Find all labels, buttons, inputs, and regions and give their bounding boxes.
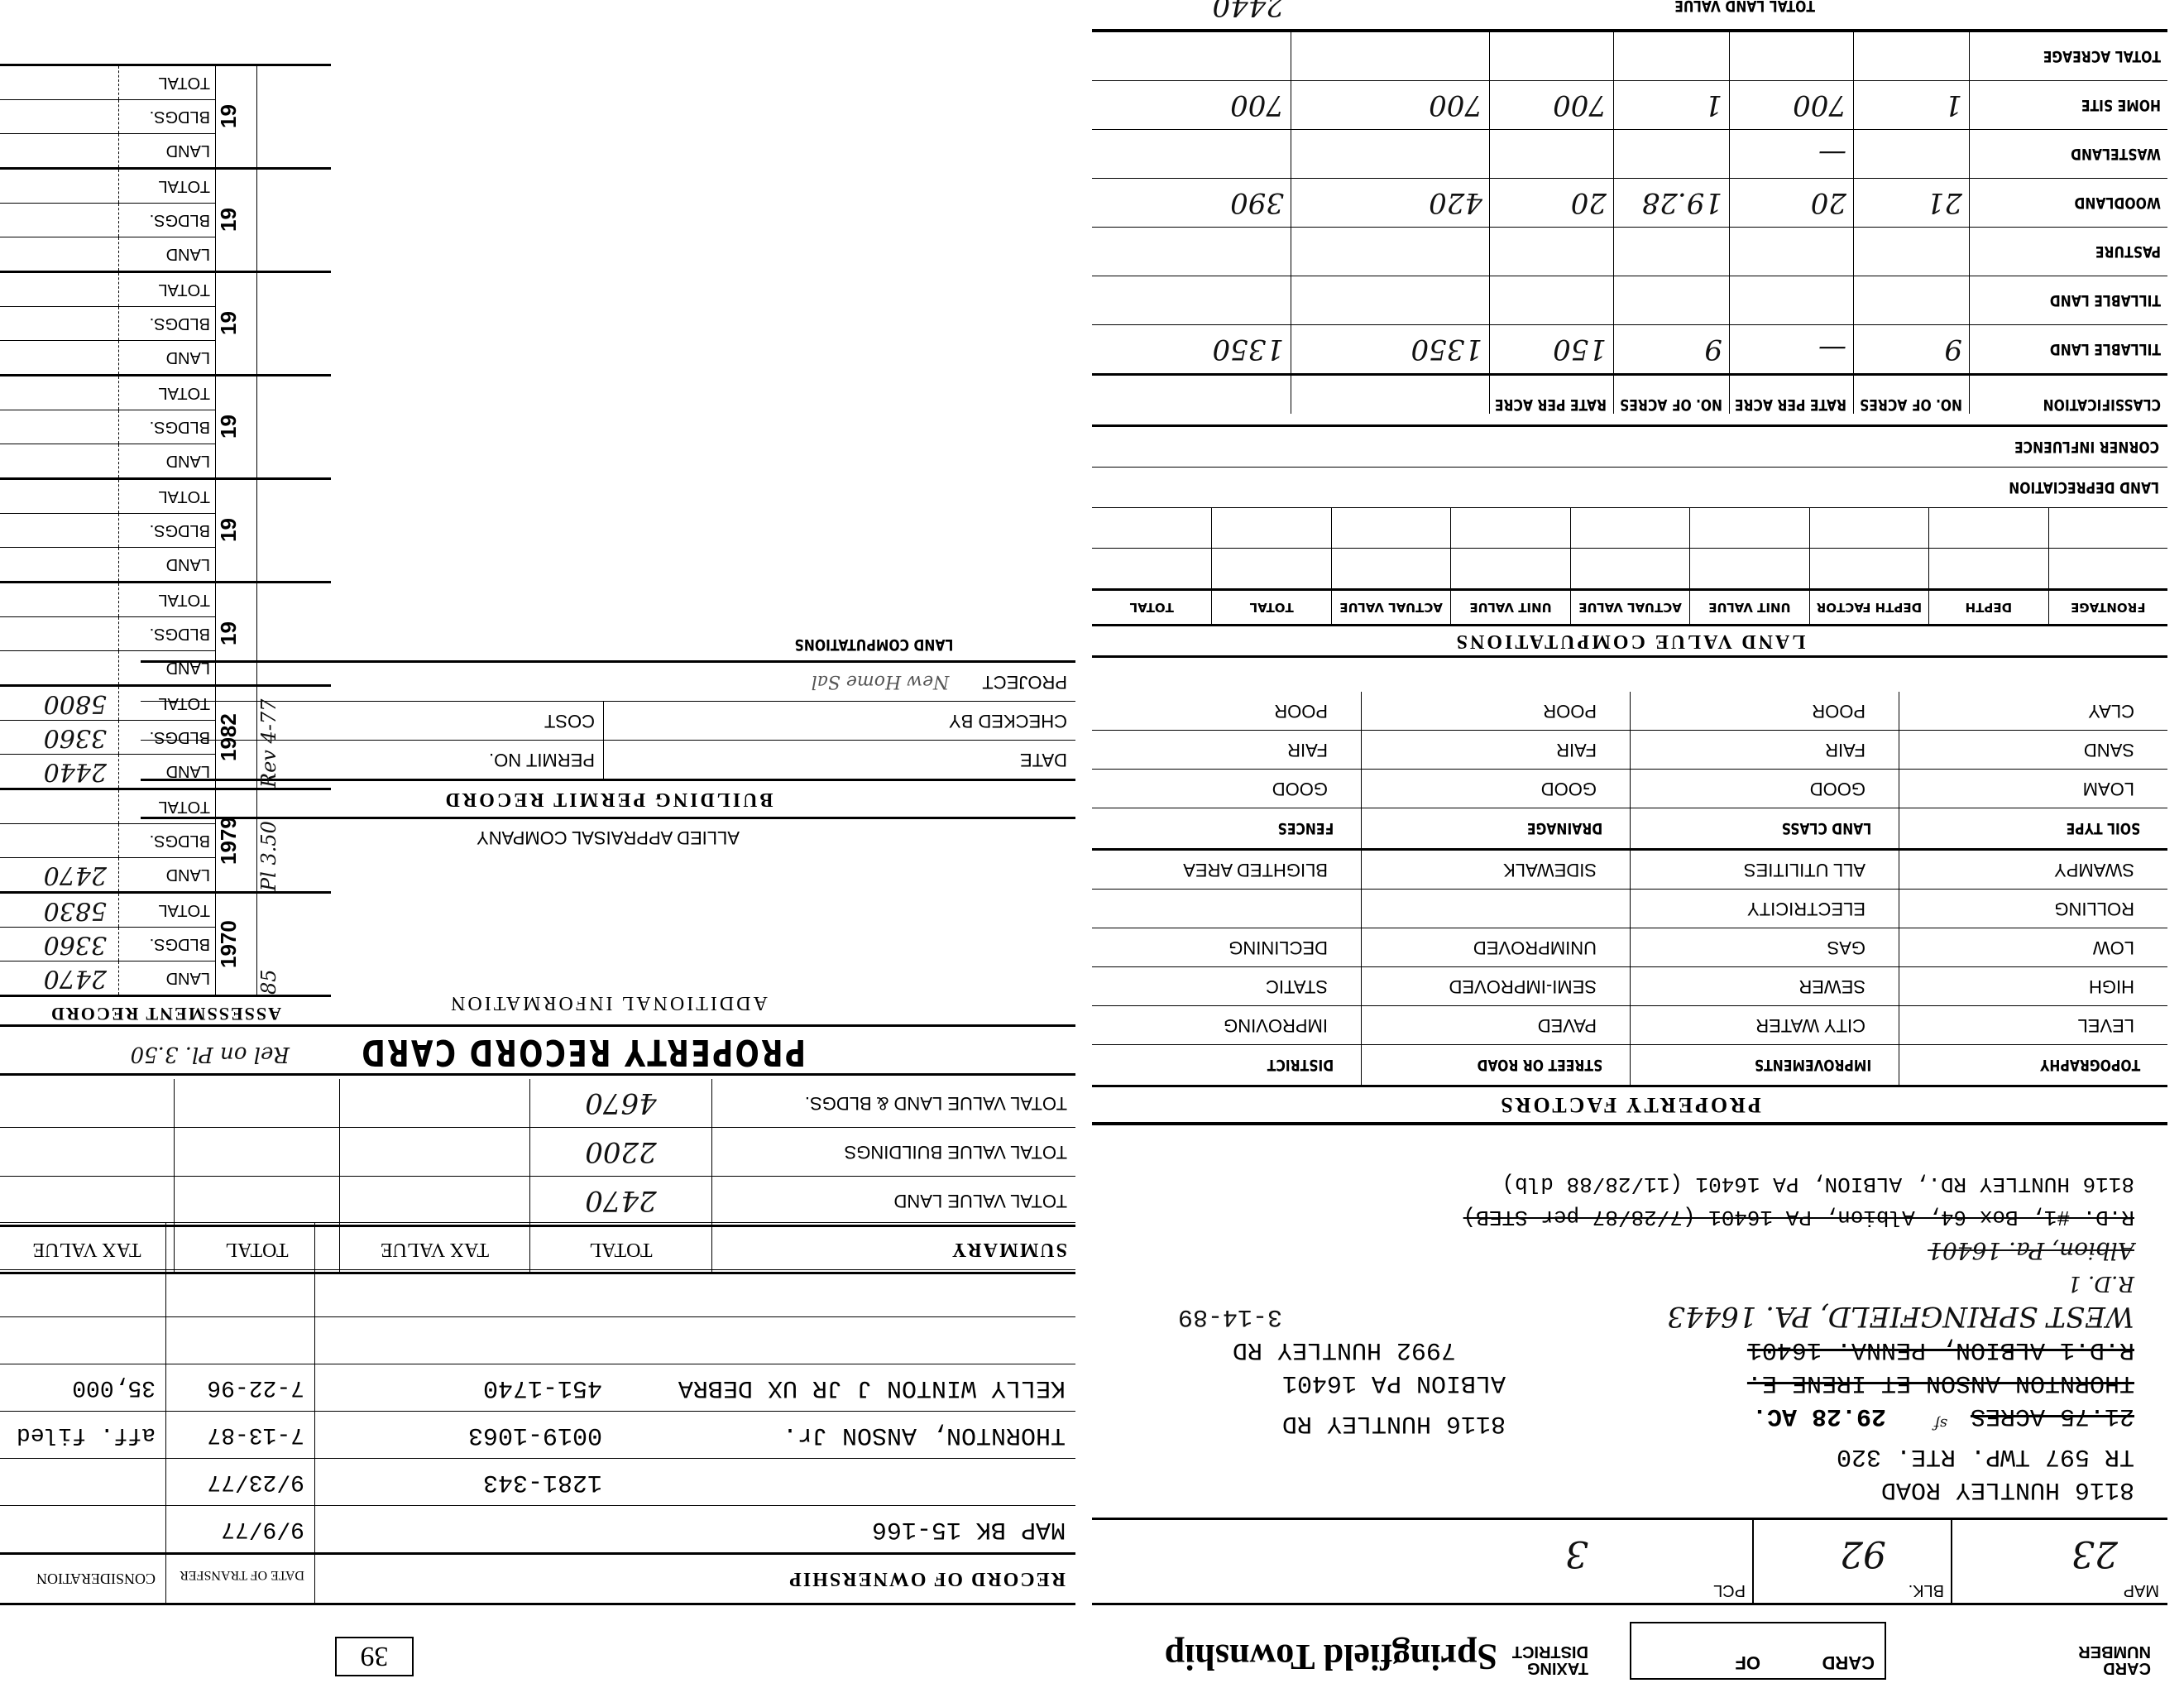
factor-item[interactable]: ALL UTILITIES bbox=[1631, 851, 1899, 890]
pcl-label: PCL bbox=[1713, 1580, 1746, 1599]
land-depreciation-row[interactable]: LAND DEPRECIATION bbox=[1092, 467, 2167, 507]
acreage-cell[interactable] bbox=[1291, 228, 1489, 276]
value-cell: 390 bbox=[1230, 186, 1284, 219]
assessment-note bbox=[256, 376, 331, 477]
grade-item[interactable]: SAND bbox=[1899, 731, 2167, 770]
summary-row: TOTAL VALUE LAND & BLDGS. 4670 bbox=[0, 1079, 1075, 1127]
ownership-table: RECORD OF OWNERSHIP DATE OF TRANSFER CON… bbox=[0, 1222, 1075, 1605]
acreage-cell[interactable] bbox=[1613, 32, 1729, 80]
taxing-district-label: TAXING DISTRICT bbox=[1497, 1643, 1588, 1676]
page-number: 39 bbox=[361, 1641, 389, 1671]
acreage-cell[interactable] bbox=[1489, 32, 1613, 80]
assessment-line-label: TOTAL bbox=[118, 170, 215, 203]
acreage-cell[interactable] bbox=[1092, 276, 1291, 324]
ownership-header-row: RECORD OF OWNERSHIP DATE OF TRANSFER CON… bbox=[0, 1552, 1075, 1605]
lvc-header: TOTAL bbox=[1092, 591, 1211, 624]
assessment-line-land[interactable]: LAND2470 bbox=[0, 857, 215, 891]
value-cell: 1350 bbox=[1212, 333, 1284, 366]
acreage-row: TOTAL ACREAGE bbox=[1092, 31, 2167, 80]
grade-item[interactable]: POOR bbox=[1362, 692, 1630, 731]
owner-cell[interactable]: KELLY WINTON J JR UX DEBRA451-1740 bbox=[314, 1364, 1075, 1411]
grade-header: SOIL TYPE bbox=[2067, 808, 2167, 848]
deed-book-page: 1281-343 bbox=[483, 1468, 602, 1496]
mailing-date: 3-14-89 bbox=[1178, 1300, 1282, 1333]
acreage-cell[interactable]: 1 bbox=[1853, 81, 1969, 129]
grade-col-fences: FENCES GOOD FAIR POOR bbox=[1092, 692, 1361, 848]
assessment-line-land[interactable]: LAND bbox=[0, 237, 215, 271]
assessment-line-total[interactable]: TOTAL bbox=[0, 376, 215, 410]
acreage-cell[interactable]: 9 bbox=[1613, 325, 1729, 373]
acreage-cell[interactable]: 20 bbox=[1729, 179, 1853, 227]
ownership-title: RECORD OF OWNERSHIP bbox=[314, 1555, 1075, 1603]
assessment-year-block: 19LANDBLDGS.TOTAL bbox=[0, 581, 331, 684]
classification-label: HOME SITE bbox=[2081, 81, 2161, 129]
struck-owner: THORNTON ANSON ET IRENE E. bbox=[1747, 1369, 2134, 1397]
assessment-year-block: Pl 3.501979LAND2470BLDGS.TOTAL bbox=[0, 788, 331, 891]
consideration-value[interactable]: 35,000 bbox=[0, 1364, 165, 1411]
date-of-transfer-header: DATE OF TRANSFER bbox=[165, 1555, 314, 1603]
ownership-row: 1281-3439/23/77 bbox=[0, 1458, 1075, 1505]
owner-name: KELLY WINTON J JR UX DEBRA bbox=[602, 1374, 1066, 1402]
value-cell: 700 bbox=[1429, 89, 1482, 122]
value-cell: 1350 bbox=[1410, 333, 1482, 366]
factor-item[interactable]: ROLLING bbox=[1899, 890, 2167, 928]
assessment-value: 3360 bbox=[0, 721, 118, 754]
ownership-row: THORNTON, ANSON Jr.0019-10637-13-87aff. … bbox=[0, 1411, 1075, 1458]
assessment-value: 2470 bbox=[0, 961, 118, 995]
owner-cell[interactable]: MAP BK 15-166 bbox=[314, 1506, 1075, 1552]
assessment-line-land[interactable]: LAND bbox=[0, 444, 215, 477]
rate-value: 20 bbox=[1811, 186, 1846, 219]
assessment-line-land[interactable]: LAND bbox=[0, 133, 215, 167]
acreage-cell[interactable]: 1350 bbox=[1291, 325, 1489, 373]
pcl-value: 3 bbox=[1565, 1532, 1588, 1575]
transfer-date[interactable] bbox=[165, 1270, 314, 1316]
assessment-line-land[interactable]: LAND bbox=[0, 650, 215, 684]
map-cell: MAP 23 bbox=[1951, 1520, 2167, 1603]
factor-item[interactable]: HIGH bbox=[1899, 967, 2167, 1006]
acreage-cell[interactable]: 19.28 bbox=[1613, 179, 1729, 227]
assessment-line-label: TOTAL bbox=[118, 376, 215, 410]
grade-item[interactable]: GOOD bbox=[1362, 770, 1630, 808]
value-cell: 700 bbox=[1230, 89, 1284, 122]
factor-col-street: STREET OR ROAD PAVED SEMI-IMPROVED UNIMP… bbox=[1361, 851, 1630, 1085]
acreage-cell[interactable] bbox=[1489, 276, 1613, 324]
assessment-line-label: LAND bbox=[118, 444, 215, 477]
assessment-value: 2470 bbox=[0, 858, 118, 891]
factor-item[interactable]: CITY WATER bbox=[1631, 1006, 1899, 1045]
acreage-cell[interactable] bbox=[1291, 32, 1489, 80]
acreage-row: PASTURE bbox=[1092, 227, 2167, 276]
total-land-value: 2440 bbox=[1092, 0, 1291, 29]
acreage-cell[interactable]: TOTAL ACREAGE bbox=[1969, 32, 2167, 80]
assessment-value bbox=[0, 307, 118, 340]
transfer-date[interactable]: 7-13-87 bbox=[165, 1412, 314, 1458]
lvc-row[interactable] bbox=[1092, 548, 2167, 588]
factor-item[interactable]: SEMI-IMPROVED bbox=[1362, 967, 1630, 1006]
lvc-header-row: FRONTAGE DEPTH DEPTH FACTOR UNIT VALUE A… bbox=[1092, 588, 2167, 624]
assessment-year-block: Rev 4-771982LAND2440BLDGS.3360TOTAL5800 bbox=[0, 684, 331, 788]
factor-item[interactable] bbox=[1092, 890, 1361, 928]
assessment-note bbox=[256, 66, 331, 167]
land-computations-label: LAND COMPUTATIONS bbox=[795, 635, 1075, 660]
assessment-note bbox=[256, 583, 331, 684]
transfer-date[interactable]: 9/9/77 bbox=[165, 1506, 314, 1552]
checked-by-field[interactable]: CHECKED BY bbox=[603, 702, 1075, 740]
assessment-value bbox=[0, 170, 118, 203]
assessment-line-label: LAND bbox=[118, 134, 215, 167]
assessment-value bbox=[0, 66, 118, 99]
acreage-cell[interactable] bbox=[1729, 32, 1853, 80]
assessment-line-land[interactable]: LAND bbox=[0, 547, 215, 581]
ownership-row: MAP BK 15-1669/9/77 bbox=[0, 1505, 1075, 1552]
assessment-line-total[interactable]: TOTAL bbox=[0, 480, 215, 513]
acreage-cell[interactable] bbox=[1092, 228, 1291, 276]
value-cell: 420 bbox=[1429, 186, 1482, 219]
assessment-value bbox=[0, 410, 118, 444]
lvc-header: UNIT VALUE bbox=[1450, 591, 1569, 624]
card-number-label: CARD NUMBER bbox=[2052, 1643, 2151, 1676]
summary-row: TOTAL VALUE LAND 2470 bbox=[0, 1176, 1075, 1225]
mailing-line-2: ALBION PA 16401 bbox=[1282, 1366, 1506, 1399]
owner-cell[interactable]: 1281-343 bbox=[314, 1459, 1075, 1505]
assessment-note: Pl 3.50 bbox=[256, 790, 331, 891]
acreage-row: TILLABLE LAND bbox=[1092, 276, 2167, 324]
classification-label: TILLABLE LAND bbox=[2050, 276, 2161, 324]
taxing-district-value: Springfield Township bbox=[1165, 1636, 1497, 1678]
assessment-value bbox=[0, 824, 118, 857]
acreage-cell[interactable] bbox=[1291, 276, 1489, 324]
assessment-line-label: BLDGS. bbox=[118, 307, 215, 340]
assessment-line-label: LAND bbox=[118, 651, 215, 684]
assessment-line-land[interactable]: LAND2440 bbox=[0, 754, 215, 788]
owner-cell[interactable] bbox=[314, 1270, 1075, 1316]
assessment-value bbox=[0, 376, 118, 410]
grade-item[interactable]: CLAY bbox=[1899, 692, 2167, 731]
assessment-year: 19 bbox=[215, 66, 256, 167]
assessment-value: 3360 bbox=[0, 928, 118, 961]
acreage-cell[interactable] bbox=[1853, 130, 1969, 178]
assessment-year-block: 19LANDBLDGS.TOTAL bbox=[0, 374, 331, 477]
owner-name: MAP BK 15-166 bbox=[602, 1515, 1066, 1543]
acreage-row: HOME SITE17001700700700 bbox=[1092, 80, 2167, 129]
acreage-cell[interactable] bbox=[1729, 276, 1853, 324]
assessment-year-block: 19LANDBLDGS.TOTAL bbox=[0, 64, 331, 167]
assessment-line-bldgs[interactable]: BLDGS. bbox=[0, 306, 215, 340]
assessment-line-total[interactable]: TOTAL bbox=[0, 583, 215, 616]
assessment-line-total[interactable]: TOTAL5830 bbox=[0, 894, 215, 927]
acres-value: 29.28 AC. bbox=[1752, 1402, 1886, 1430]
factor-col-improvements: IMPROVEMENTS CITY WATER SEWER GAS ELECTR… bbox=[1630, 851, 1899, 1085]
assessment-line-total[interactable]: TOTAL bbox=[0, 790, 215, 823]
acreage-cell[interactable] bbox=[1853, 276, 1969, 324]
assessment-record: ASSESSMENT RECORD 851970LAND2470BLDGS.33… bbox=[0, 64, 331, 1030]
assessment-line-label: TOTAL bbox=[118, 66, 215, 99]
assessment-line-total[interactable]: TOTAL bbox=[0, 273, 215, 306]
acres-value: 21 bbox=[1927, 186, 1962, 219]
acreage-cell[interactable]: 1 bbox=[1613, 81, 1729, 129]
lvc-header: FRONTAGE bbox=[2048, 591, 2167, 624]
consideration-value[interactable]: aff. filed bbox=[0, 1412, 165, 1458]
assessment-line-bldgs[interactable]: BLDGS. bbox=[0, 823, 215, 857]
blk-label: BLK. bbox=[1909, 1580, 1944, 1599]
assessment-value bbox=[0, 617, 118, 650]
grade-header: FENCES bbox=[1278, 808, 1361, 848]
title-banner: PROPERTY RECORD CARD Rel on Pl. 3.50 bbox=[0, 1024, 1075, 1076]
acreage-cell[interactable]: WOODLAND bbox=[1969, 179, 2167, 227]
transfer-date[interactable] bbox=[165, 1317, 314, 1364]
acreage-cell[interactable]: 390 bbox=[1092, 179, 1291, 227]
assessment-value bbox=[0, 480, 118, 513]
assessment-year-block: 19LANDBLDGS.TOTAL bbox=[0, 477, 331, 581]
acreage-cell[interactable]: WASTELAND bbox=[1969, 130, 2167, 178]
assessment-line-total[interactable]: TOTAL bbox=[0, 66, 215, 99]
card-number-area: CARD NUMBER CARD OF TAXING DISTRICT Spri… bbox=[1117, 1642, 2151, 1676]
grade-col-soil: SOIL TYPE LOAM SAND CLAY bbox=[1899, 692, 2167, 848]
factor-item[interactable]: GAS bbox=[1631, 928, 1899, 967]
factor-header: STREET OR ROAD bbox=[1478, 1045, 1630, 1085]
lvc-header: ACTUAL VALUE bbox=[1331, 591, 1450, 624]
card-of-mid-label: OF bbox=[1735, 1652, 1760, 1673]
assessment-line-label: BLDGS. bbox=[118, 721, 215, 754]
assessment-value bbox=[0, 651, 118, 684]
assessment-line-bldgs[interactable]: BLDGS. bbox=[0, 410, 215, 444]
acres-value: 9 bbox=[1944, 333, 1962, 366]
assessment-value bbox=[0, 514, 118, 547]
card-title: PROPERTY RECORD CARD bbox=[360, 1031, 806, 1073]
classification-label: WOODLAND bbox=[2074, 179, 2161, 227]
acreage-cell[interactable]: PASTURE bbox=[1969, 228, 2167, 276]
acreage-cell[interactable] bbox=[1489, 228, 1613, 276]
acreage-cell[interactable]: 1350 bbox=[1092, 325, 1291, 373]
acreage-cell[interactable]: 150 bbox=[1489, 325, 1613, 373]
assessment-line-label: BLDGS. bbox=[118, 204, 215, 237]
ownership-row bbox=[0, 1222, 1075, 1269]
assessment-year-block: 19LANDBLDGS.TOTAL bbox=[0, 271, 331, 374]
assessment-line-bldgs[interactable]: BLDGS.3360 bbox=[0, 927, 215, 961]
assessment-line-label: TOTAL bbox=[118, 894, 215, 927]
total-land-value-label: TOTAL LAND VALUE bbox=[1674, 0, 1815, 29]
lvc-row[interactable] bbox=[1092, 507, 2167, 548]
acreage-cell[interactable] bbox=[1489, 130, 1613, 178]
blk-cell: BLK. 92 bbox=[1752, 1520, 1952, 1603]
assessment-line-label: TOTAL bbox=[118, 480, 215, 513]
assessment-note bbox=[256, 273, 331, 374]
assessment-line-bldgs[interactable]: BLDGS. bbox=[0, 616, 215, 650]
factor-item[interactable]: ELECTRICITY bbox=[1631, 890, 1899, 928]
assessment-line-label: TOTAL bbox=[118, 790, 215, 823]
assessment-line-label: LAND bbox=[118, 237, 215, 271]
acreage-cell[interactable] bbox=[1092, 32, 1291, 80]
mailing-line-1: 8116 HUNTLEY RD bbox=[1282, 1407, 1506, 1440]
factor-item[interactable]: LEVEL bbox=[1899, 1006, 2167, 1045]
assessment-value bbox=[0, 100, 118, 133]
assessment-line-bldgs[interactable]: BLDGS. bbox=[0, 99, 215, 133]
acreage-row: WOODLAND212019.2820420390 bbox=[1092, 178, 2167, 227]
assessment-line-label: BLDGS. bbox=[118, 928, 215, 961]
consideration-value[interactable] bbox=[0, 1317, 165, 1364]
acreage-cell[interactable]: 9 bbox=[1853, 325, 1969, 373]
grade-item[interactable]: GOOD bbox=[1092, 770, 1361, 808]
factor-col-topography: TOPOGRAPHY LEVEL HIGH LOW ROLLING SWAMPY bbox=[1899, 851, 2167, 1085]
acreage-cell[interactable]: 700 bbox=[1291, 81, 1489, 129]
assessment-line-land[interactable]: LAND bbox=[0, 340, 215, 374]
assessment-line-label: LAND bbox=[118, 548, 215, 581]
assessment-line-total[interactable]: TOTAL bbox=[0, 170, 215, 203]
land-value-computations: LAND VALUE COMPUTATIONS FRONTAGE DEPTH D… bbox=[1092, 424, 2167, 658]
acreage-cell[interactable] bbox=[1613, 276, 1729, 324]
rate-value: 20 bbox=[1571, 186, 1607, 219]
assessment-year: 19 bbox=[215, 480, 256, 581]
classification-label: WASTELAND bbox=[2071, 130, 2161, 178]
assessment-line-bldgs[interactable]: BLDGS. bbox=[0, 513, 215, 547]
property-factors-title: PROPERTY FACTORS bbox=[1092, 1085, 2167, 1122]
acres-value: 9 bbox=[1704, 333, 1722, 366]
grade-header: DRAINAGE bbox=[1527, 808, 1630, 848]
consideration-value[interactable] bbox=[0, 1270, 165, 1316]
transfer-date[interactable]: 9/23/77 bbox=[165, 1459, 314, 1505]
grade-item[interactable]: GOOD bbox=[1631, 770, 1899, 808]
consideration-value[interactable] bbox=[0, 1506, 165, 1552]
grade-item[interactable]: POOR bbox=[1631, 692, 1899, 731]
owner-cell[interactable]: THORNTON, ANSON Jr.0019-1063 bbox=[314, 1412, 1075, 1458]
assessment-value: 2440 bbox=[0, 755, 118, 788]
owner-cell[interactable] bbox=[314, 1317, 1075, 1364]
corner-influence-row[interactable]: CORNER INFLUENCE bbox=[1092, 424, 2167, 467]
factor-item[interactable]: IMPROVING bbox=[1092, 1006, 1361, 1045]
assessment-line-label: BLDGS. bbox=[118, 824, 215, 857]
deed-book-page: 451-1740 bbox=[483, 1374, 602, 1402]
ownership-row bbox=[0, 1316, 1075, 1364]
address-line: TR 597 TWP. RTE. 320 bbox=[1100, 1440, 2134, 1473]
acreage-cell[interactable] bbox=[1613, 228, 1729, 276]
current-address: 8116 HUNTLEY RD., ALBION, PA 16401 (11/2… bbox=[1100, 1168, 2134, 1201]
mailing-line-3: 7992 HUNTLEY RD bbox=[1233, 1333, 1456, 1366]
property-factors-section: PROPERTY FACTORS TOPOGRAPHY LEVEL HIGH L… bbox=[1092, 692, 2167, 1125]
classification-label: TILLABLE LAND bbox=[2050, 325, 2161, 373]
assessment-line-bldgs[interactable]: BLDGS. bbox=[0, 203, 215, 237]
acreage-cell[interactable]: 420 bbox=[1291, 179, 1489, 227]
classification-label: PASTURE bbox=[2095, 228, 2161, 276]
acreage-cell[interactable]: TILLABLE LAND bbox=[1969, 276, 2167, 324]
assessment-year: 19 bbox=[215, 583, 256, 684]
grade-item[interactable]: LOAM bbox=[1899, 770, 2167, 808]
assessment-year: 1970 bbox=[215, 894, 256, 995]
factor-item[interactable] bbox=[1362, 890, 1630, 928]
acreage-cell[interactable]: 20 bbox=[1489, 179, 1613, 227]
assessment-line-land[interactable]: LAND2470 bbox=[0, 961, 215, 995]
assessment-note bbox=[256, 170, 331, 271]
factor-item[interactable]: DECLINING bbox=[1092, 928, 1361, 967]
grade-item[interactable]: FAIR bbox=[1092, 731, 1361, 770]
acres-value: 1 bbox=[1704, 89, 1722, 122]
factor-item[interactable]: SEWER bbox=[1631, 967, 1899, 1006]
acreage-cell[interactable]: 21 bbox=[1853, 179, 1969, 227]
rate-value: 150 bbox=[1553, 333, 1607, 366]
factor-header: DISTRICT bbox=[1267, 1045, 1361, 1085]
land-depreciation-label: LAND DEPRECIATION bbox=[2009, 468, 2159, 507]
grade-item[interactable]: POOR bbox=[1092, 692, 1361, 731]
factor-item[interactable]: PAVED bbox=[1362, 1006, 1630, 1045]
assessment-line-total[interactable]: TOTAL5800 bbox=[0, 687, 215, 720]
assessment-value bbox=[0, 548, 118, 581]
rate-value: 700 bbox=[1793, 89, 1846, 122]
property-record-card: CARD NUMBER CARD OF TAXING DISTRICT Spri… bbox=[0, 0, 2184, 1688]
acreage-cell[interactable]: — bbox=[1729, 325, 1853, 373]
title-note: Rel on Pl. 3.50 bbox=[131, 1042, 290, 1067]
acreage-cell[interactable] bbox=[1729, 228, 1853, 276]
struck-rd-address: R.D. #1, Box 64, Albion, PA 16401 (7/28/… bbox=[1463, 1205, 2134, 1230]
project-value: New Home Sal bbox=[812, 671, 950, 692]
assessment-line-label: TOTAL bbox=[118, 583, 215, 616]
grade-col-land-class: LAND CLASS GOOD FAIR POOR bbox=[1630, 692, 1899, 848]
acreage-cell[interactable]: — bbox=[1729, 130, 1853, 178]
assessment-value bbox=[0, 237, 118, 271]
acreage-cell[interactable]: TILLABLE LAND bbox=[1969, 325, 2167, 373]
corner-influence-label: CORNER INFLUENCE bbox=[2014, 427, 2159, 467]
grade-item[interactable]: FAIR bbox=[1631, 731, 1899, 770]
acres-note: sf bbox=[1934, 1415, 1947, 1432]
assessment-note bbox=[256, 480, 331, 581]
acreage-cell[interactable] bbox=[1853, 228, 1969, 276]
assessment-line-bldgs[interactable]: BLDGS.3360 bbox=[0, 720, 215, 754]
ownership-row: KELLY WINTON J JR UX DEBRA451-17407-22-9… bbox=[0, 1364, 1075, 1411]
assessment-line-label: BLDGS. bbox=[118, 410, 215, 444]
transfer-date[interactable]: 7-22-96 bbox=[165, 1364, 314, 1411]
acreage-cell[interactable] bbox=[1613, 130, 1729, 178]
assessment-year-block: 851970LAND2470BLDGS.3360TOTAL5830 bbox=[0, 891, 331, 995]
acreage-cell[interactable]: 700 bbox=[1729, 81, 1853, 129]
assessment-line-label: BLDGS. bbox=[118, 514, 215, 547]
factor-item[interactable]: SIDEWALK bbox=[1362, 851, 1630, 890]
acreage-cell[interactable]: 700 bbox=[1092, 81, 1291, 129]
acreage-cell[interactable]: 700 bbox=[1489, 81, 1613, 129]
factor-item[interactable]: STATIC bbox=[1092, 967, 1361, 1006]
factor-col-district: DISTRICT IMPROVING STATIC DECLINING BLIG… bbox=[1092, 851, 1361, 1085]
page-number-box: 39 bbox=[335, 1637, 414, 1676]
factor-item[interactable]: BLIGHTED AREA bbox=[1092, 851, 1361, 890]
struck-address: R.D.1 ALBION, PENNA. 16401 bbox=[1747, 1336, 2134, 1364]
project-field[interactable]: PROJECTNew Home Sal bbox=[604, 663, 1075, 701]
date-field[interactable]: DATE bbox=[603, 741, 1075, 779]
assessment-value: 5830 bbox=[0, 894, 118, 927]
assessment-line-label: BLDGS. bbox=[118, 100, 215, 133]
acreage-cell[interactable] bbox=[1092, 130, 1291, 178]
acreage-cell[interactable] bbox=[1853, 32, 1969, 80]
factor-item[interactable]: LOW bbox=[1899, 928, 2167, 967]
handwritten-address: WEST SPRINGFIELD, PA. 16443 bbox=[1667, 1300, 2134, 1333]
factor-item[interactable]: UNIMPROVED bbox=[1362, 928, 1630, 967]
lvc-header: DEPTH bbox=[1928, 591, 2047, 624]
consideration-value[interactable] bbox=[0, 1223, 165, 1269]
assessment-line-label: LAND bbox=[118, 755, 215, 788]
assessment-value bbox=[0, 204, 118, 237]
struck-acres: 21.75 ACRES bbox=[1971, 1402, 2134, 1430]
assessment-year: 19 bbox=[215, 273, 256, 374]
consideration-value[interactable] bbox=[0, 1459, 165, 1505]
acreage-cell[interactable] bbox=[1291, 130, 1489, 178]
owner-cell[interactable] bbox=[314, 1223, 1075, 1269]
assessment-year: 1982 bbox=[215, 687, 256, 788]
ownership-row bbox=[0, 1269, 1075, 1316]
factor-item[interactable]: SWAMPY bbox=[1899, 851, 2167, 890]
transfer-date[interactable] bbox=[165, 1223, 314, 1269]
acreage-cell[interactable]: HOME SITE bbox=[1969, 81, 2167, 129]
acreage-header-row: CLASSIFICATION NO. OF ACRES RATE PER ACR… bbox=[1092, 373, 2167, 414]
grade-item[interactable]: FAIR bbox=[1362, 731, 1630, 770]
assessment-value bbox=[0, 444, 118, 477]
grade-header: LAND CLASS bbox=[1782, 808, 1899, 848]
